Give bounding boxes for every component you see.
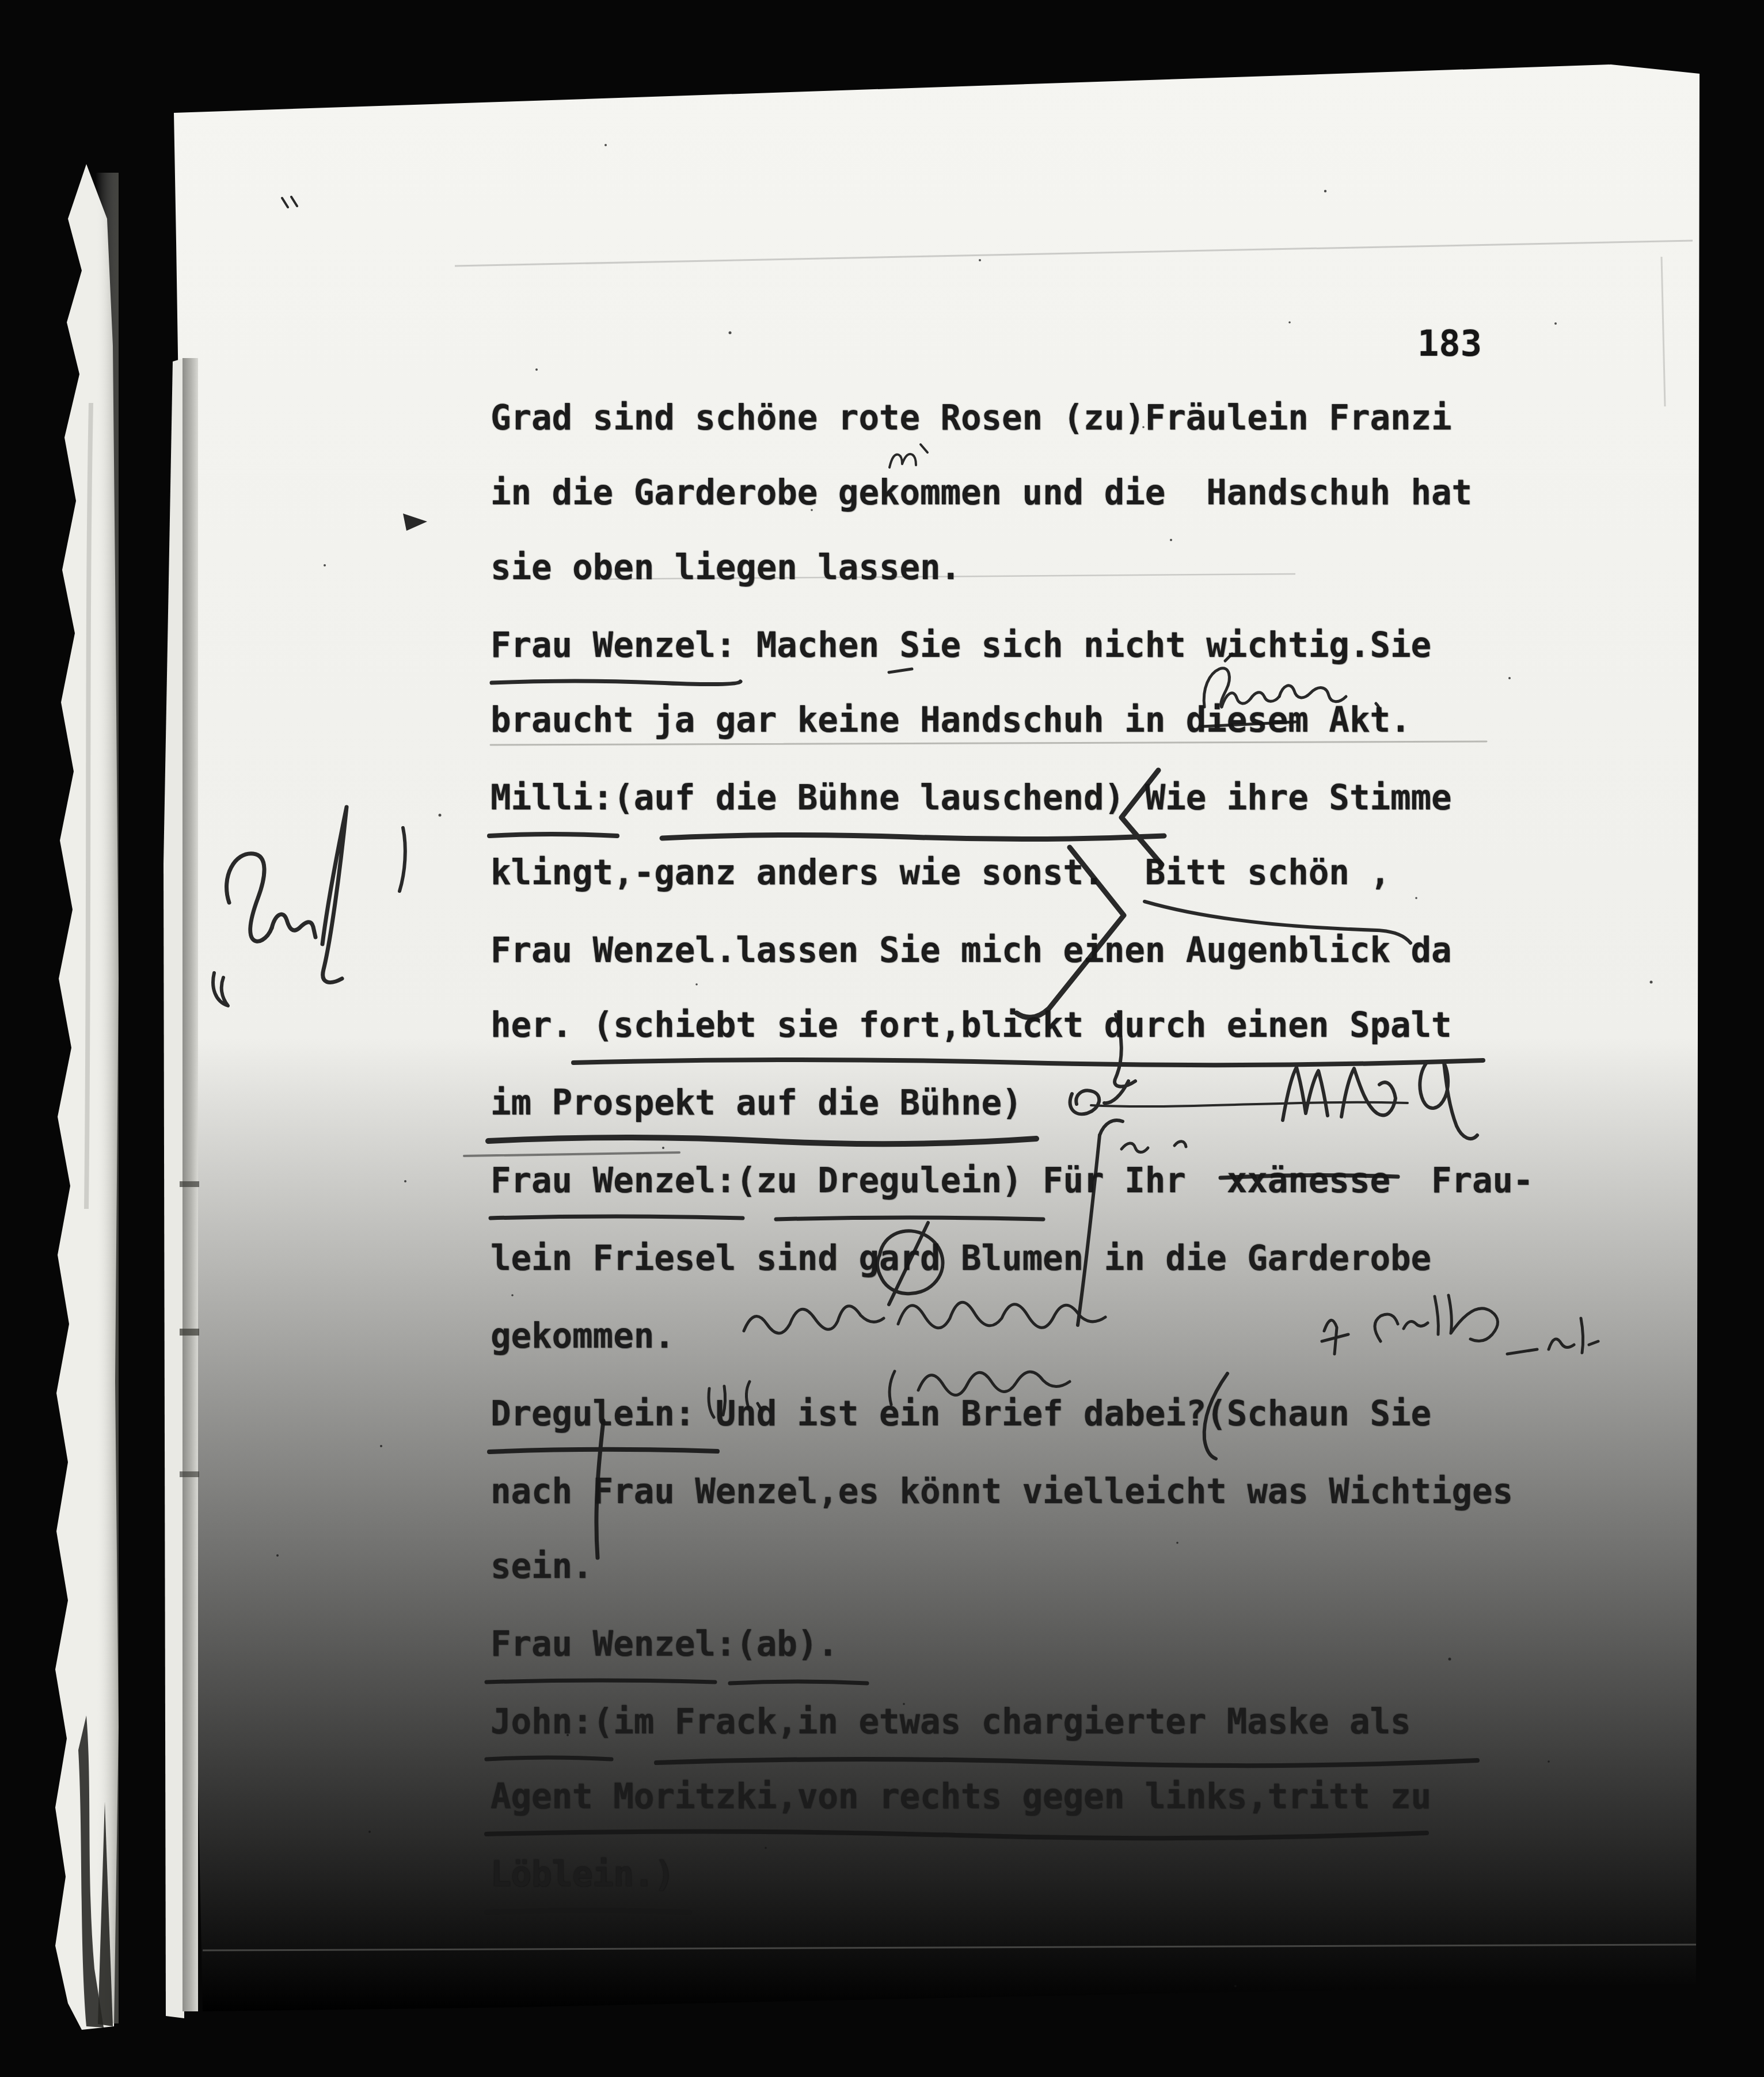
typed-line: Löblein.) — [491, 1856, 675, 1892]
typed-line: Milli:(auf die Bühne lauschend) Wie ihre… — [491, 779, 1452, 815]
typed-line: Frau Wenzel:(zu Dregulein) Für Ihr xxäne… — [491, 1162, 1534, 1198]
typed-line: in die Garderobe gekommen und die Handsc… — [491, 474, 1472, 510]
typed-line: Frau Wenzel.lassen Sie mich einen Augenb… — [491, 932, 1452, 968]
page-number: 183 — [1417, 322, 1482, 364]
typed-line: sie oben liegen lassen. — [491, 549, 961, 585]
typed-line: klingt,-ganz anders wie sonst. Bitt schö… — [491, 854, 1390, 890]
typed-line: nach Frau Wenzel,es könnt vielleicht was… — [491, 1473, 1513, 1509]
typed-line: lein Friesel sind gard Blumen in die Gar… — [491, 1240, 1431, 1276]
typed-line: im Prospekt auf die Bühne) — [491, 1085, 1022, 1120]
scanned-script-page: 183 Grad sind schöne rote Rosen (zu)Fräu… — [0, 0, 1764, 2077]
typed-line: sein. — [491, 1548, 593, 1584]
typed-line: gekommen. — [491, 1318, 675, 1353]
typed-line: Agent Moritzki,von rechts gegen links,tr… — [491, 1778, 1431, 1814]
typed-line: Grad sind schöne rote Rosen (zu)Fräulein… — [491, 400, 1452, 435]
typed-line: braucht ja gar keine Handschuh in diesem… — [491, 702, 1411, 737]
typed-line: John:(im Frack,in etwas chargierter Mask… — [491, 1703, 1411, 1739]
typed-line: Dregulein: Und ist ein Brief dabei?(Scha… — [491, 1395, 1431, 1431]
typed-line: her. (schiebt sie fort,blickt durch eine… — [491, 1007, 1452, 1043]
typed-line: Frau Wenzel: Machen Sie sich nicht wicht… — [491, 627, 1431, 663]
typed-text-layer: 183 Grad sind schöne rote Rosen (zu)Fräu… — [0, 0, 1764, 2077]
typed-line: Frau Wenzel:(ab). — [491, 1626, 838, 1661]
